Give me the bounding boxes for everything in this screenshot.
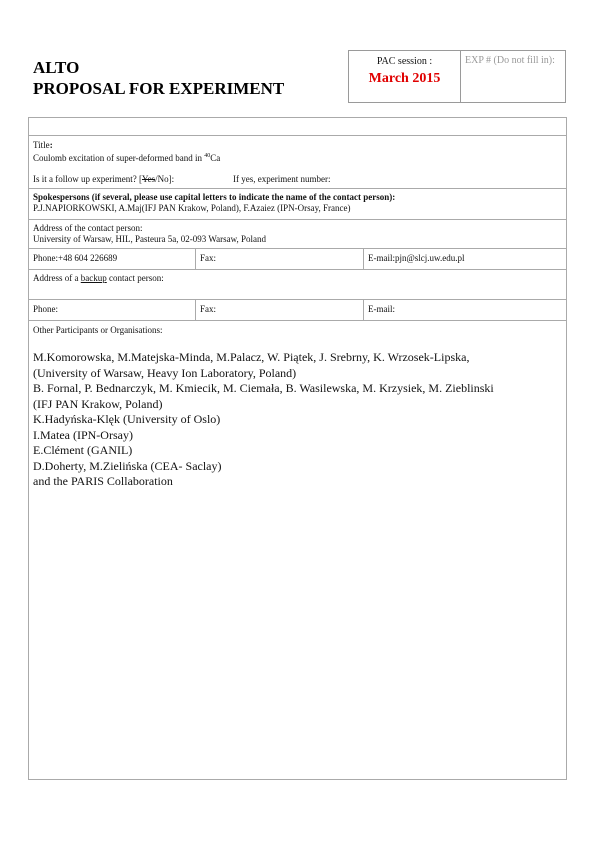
participant-line: D.Doherty, M.Zielińska (CEA- Saclay)	[33, 459, 562, 475]
title-value[interactable]: Coulomb excitation of super-deformed ban…	[33, 151, 562, 164]
spokespersons-section: Spokespersons (if several, please use ca…	[29, 189, 566, 220]
followup-question-text: Is it a follow up experiment? [	[33, 174, 142, 184]
backup-email-field[interactable]: E-mail:	[364, 300, 566, 320]
backup-label-word: backup	[81, 273, 107, 283]
participant-line: (University of Warsaw, Heavy Ion Laborat…	[33, 366, 562, 382]
spokespersons-label: Spokespersons (if several, please use ca…	[33, 192, 562, 203]
backup-address-section[interactable]: Address of a backup contact person:	[29, 270, 566, 300]
backup-fax-field[interactable]: Fax:	[196, 300, 364, 320]
backup-label-prefix: Address of a	[33, 273, 81, 283]
spokespersons-value[interactable]: P.J.NAPIORKOWSKI, A.Maj(IFJ PAN Krakow, …	[33, 203, 562, 214]
participant-line: (IFJ PAN Krakow, Poland)	[33, 397, 562, 413]
contact-address-label: Address of the contact person:	[33, 223, 562, 234]
followup-yes-option: Yes	[142, 174, 155, 184]
title-text: Coulomb excitation of super-deformed ban…	[33, 153, 204, 163]
pac-session-label: PAC session :	[349, 56, 460, 67]
title-label: Title	[33, 140, 50, 150]
participant-line: I.Matea (IPN-Orsay)	[33, 428, 562, 444]
contact-address-section: Address of the contact person: Universit…	[29, 220, 566, 249]
participants-label: Other Participants or Organisations:	[33, 325, 562, 336]
contact-phone-row: Phone:+48 604 226689 Fax: E-mail:pjn@slc…	[29, 249, 566, 270]
empty-row	[29, 118, 566, 136]
participant-line: M.Komorowska, M.Matejska-Minda, M.Palacz…	[33, 350, 562, 366]
participant-line: K.Hadyńska-Klęk (University of Oslo)	[33, 412, 562, 428]
contact-fax-field[interactable]: Fax:	[196, 249, 364, 269]
title-line-proposal: PROPOSAL FOR EXPERIMENT	[33, 78, 284, 99]
backup-phone-field[interactable]: Phone:	[29, 300, 196, 320]
contact-address-value[interactable]: University of Warsaw, HIL, Pasteura 5a, …	[33, 234, 562, 245]
pac-session-value: March 2015	[349, 71, 460, 87]
title-colon: :	[50, 140, 53, 150]
exp-number-label: EXP # (Do not fill in):	[465, 55, 555, 66]
isotope-element: Ca	[210, 153, 220, 163]
followup-no-option: /No]:	[155, 174, 174, 184]
pac-session-box: PAC session : March 2015 EXP # (Do not f…	[348, 50, 566, 103]
participant-line: and the PARIS Collaboration	[33, 474, 562, 490]
backup-phone-row: Phone: Fax: E-mail:	[29, 300, 566, 321]
title-line-alto: ALTO	[33, 57, 284, 78]
contact-phone-field[interactable]: Phone:+48 604 226689	[29, 249, 196, 269]
participant-line: B. Fornal, P. Bednarczyk, M. Kmiecik, M.…	[33, 381, 562, 397]
followup-experiment-number[interactable]: If yes, experiment number:	[233, 174, 330, 185]
followup-question[interactable]: Is it a follow up experiment? [Yes/No]:	[33, 174, 233, 185]
proposal-form: Title: Coulomb excitation of super-defor…	[28, 117, 567, 780]
participants-list[interactable]: M.Komorowska, M.Matejska-Minda, M.Palacz…	[33, 350, 562, 490]
followup-line: Is it a follow up experiment? [Yes/No]: …	[33, 174, 562, 185]
contact-email-field[interactable]: E-mail:pjn@slcj.uw.edu.pl	[364, 249, 566, 269]
document-title: ALTO PROPOSAL FOR EXPERIMENT	[33, 57, 284, 99]
participant-line: E.Clément (GANIL)	[33, 443, 562, 459]
exp-number-cell[interactable]: EXP # (Do not fill in):	[461, 51, 565, 102]
pac-session-cell: PAC session : March 2015	[349, 51, 461, 102]
participants-section: Other Participants or Organisations: M.K…	[29, 321, 566, 494]
title-section: Title: Coulomb excitation of super-defor…	[29, 136, 566, 189]
backup-label-suffix: contact person:	[107, 273, 164, 283]
